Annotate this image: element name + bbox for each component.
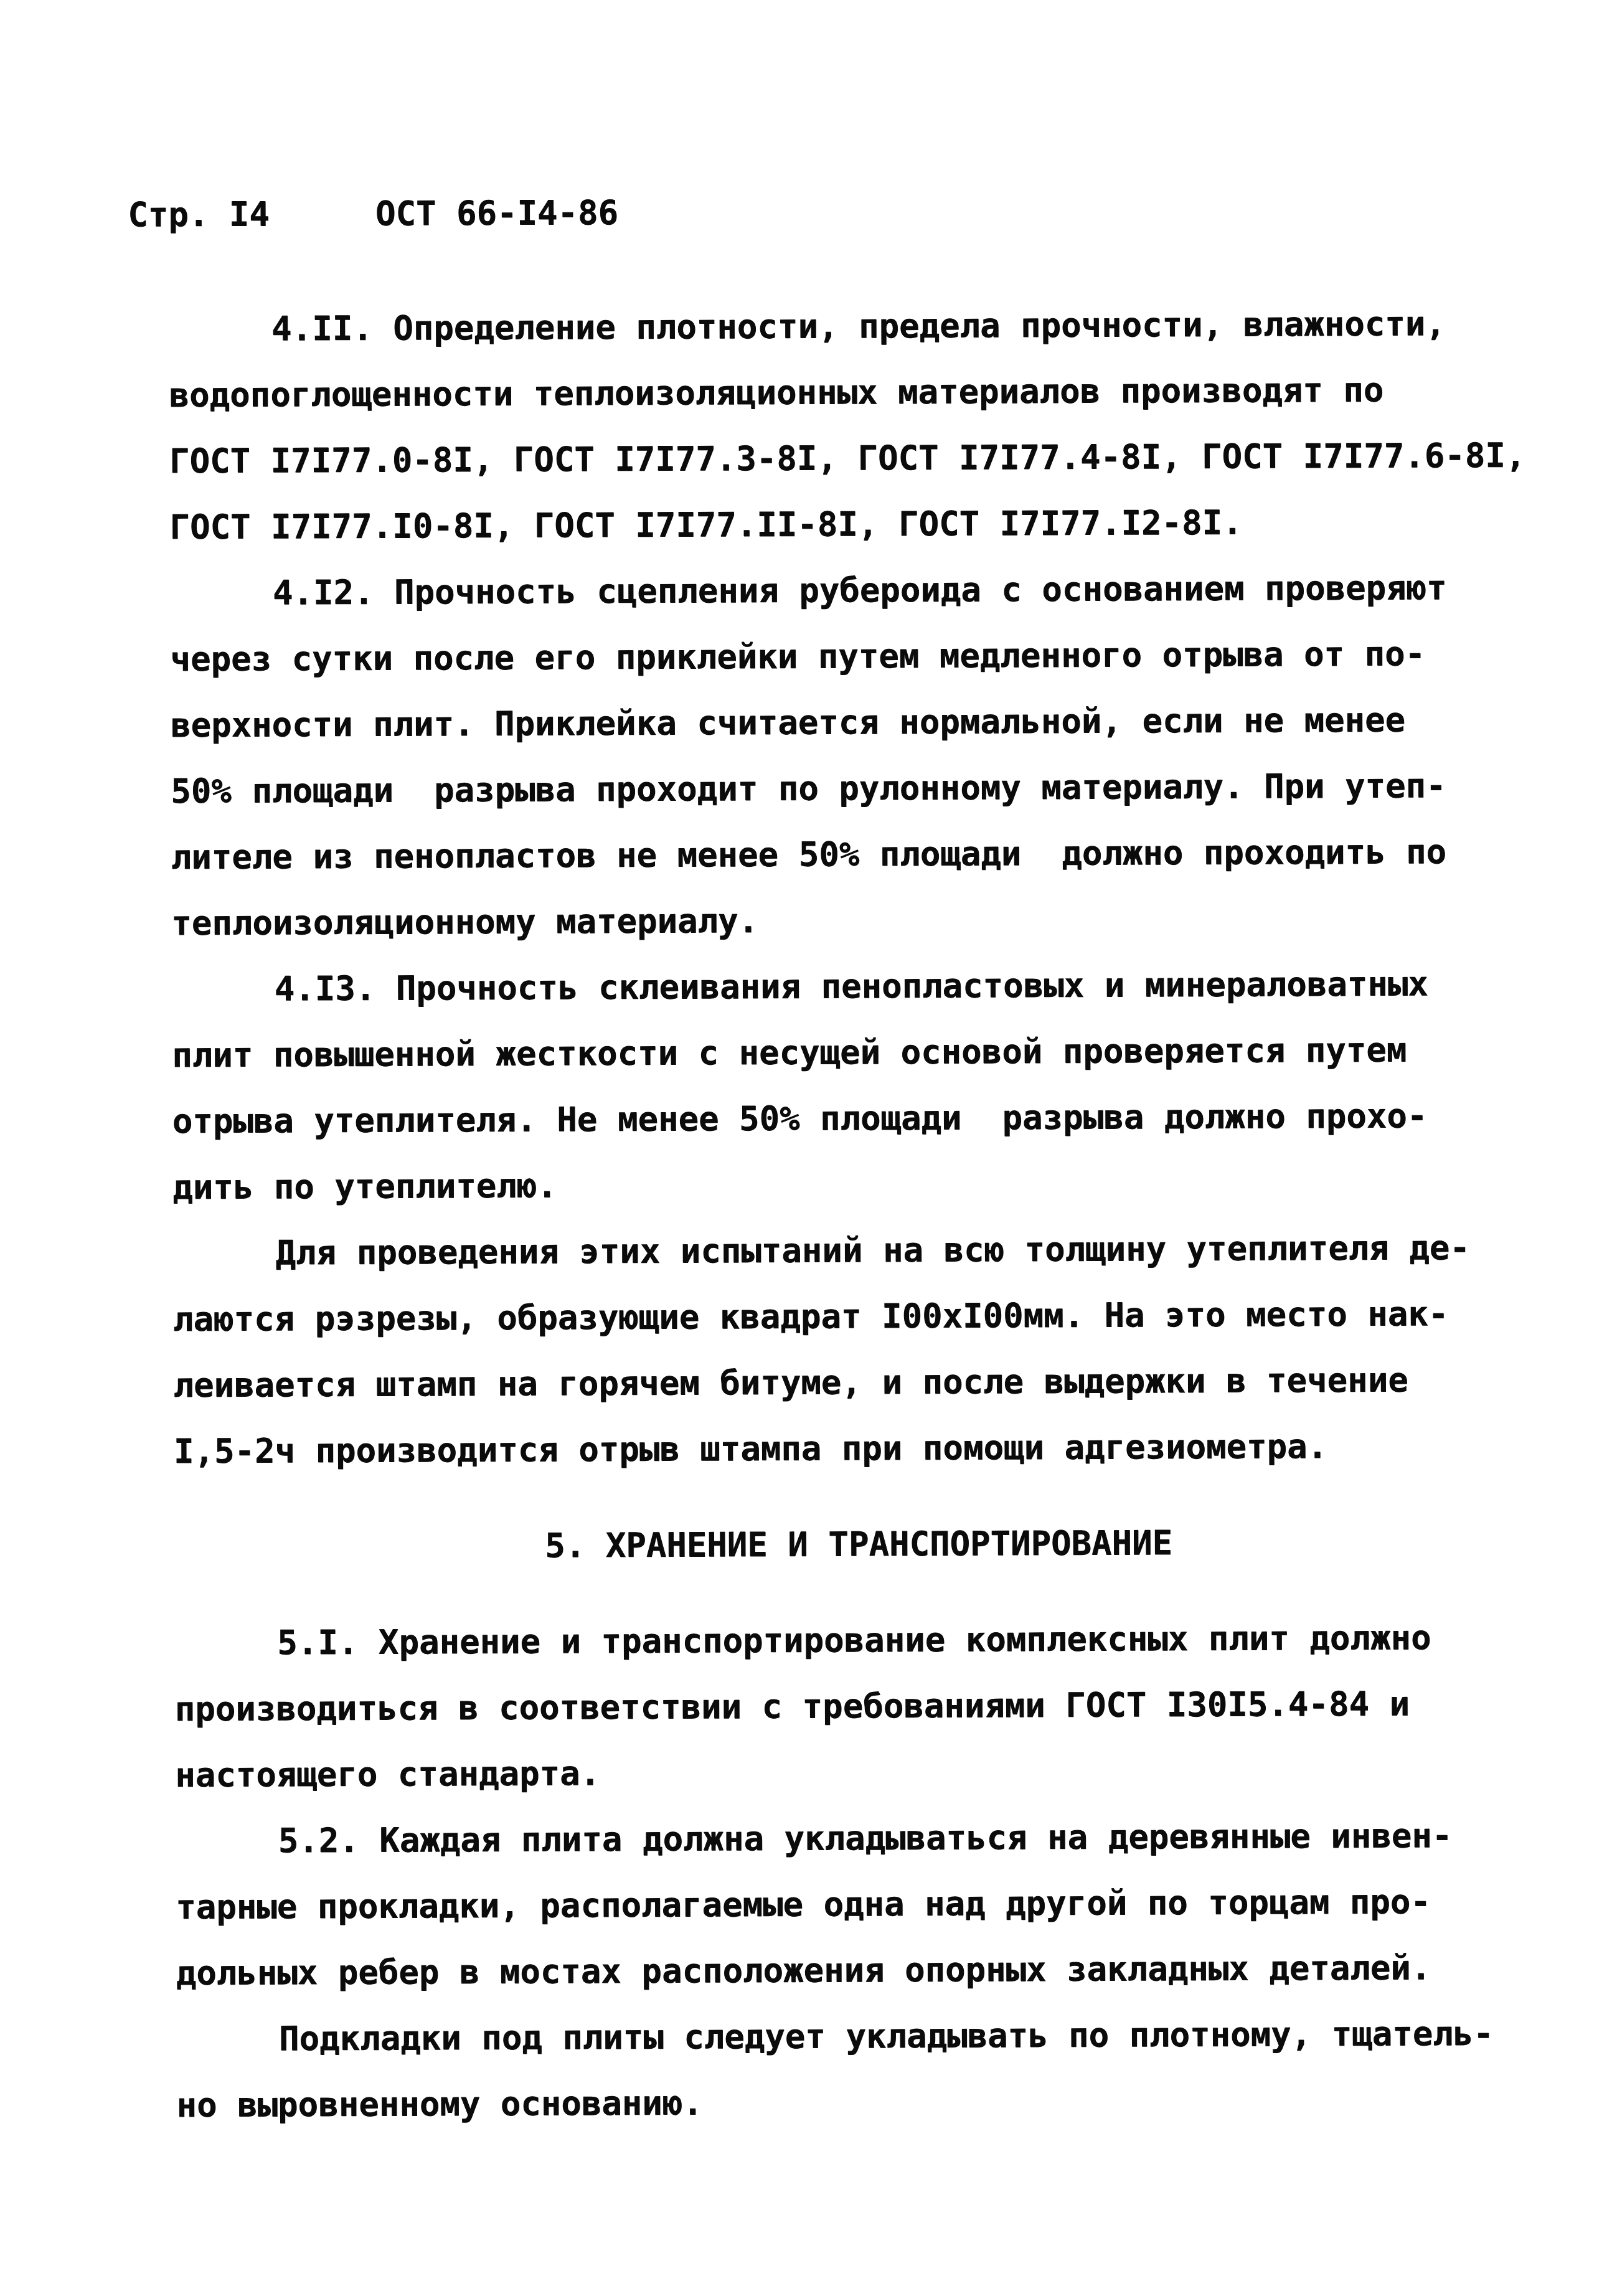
paragraph-pads: Подкладки под плиты следует укладывать п… <box>176 2000 1546 2138</box>
text-line: тарные прокладки, располагаемые одна над… <box>176 1868 1545 1940</box>
text-line: отрыва утеплителя. Не менее 50% площади … <box>172 1082 1541 1155</box>
text-line: дить по утеплителю. <box>172 1148 1542 1221</box>
text-line: через сутки после его приклейки путем ме… <box>170 620 1539 692</box>
text-line: 50% площади разрыва проходит по рулонном… <box>171 752 1540 824</box>
page-number-label: Стр. I4 <box>128 181 270 248</box>
text-line: Для проведения этих испытаний на всю тол… <box>172 1214 1542 1287</box>
page-header: Стр. I4 ОСТ 66-I4-86 <box>128 176 1537 248</box>
text-line: плит повышенной жесткости с несущей осно… <box>172 1016 1541 1089</box>
page-content: Стр. I4 ОСТ 66-I4-86 4.II. Определение п… <box>168 176 1546 2138</box>
standard-number-label: ОСТ 66-I4-86 <box>375 180 619 247</box>
text-line: лителе из пенопластов не менее 50% площа… <box>171 818 1540 891</box>
text-line: теплоизоляционному материалу. <box>171 884 1540 957</box>
text-line: водопоглощенности теплоизоляционных мате… <box>169 356 1538 428</box>
text-line: производиться в соответствии с требовани… <box>174 1670 1544 1742</box>
text-line: I,5-2ч производится отрыв штампа при пом… <box>174 1412 1543 1485</box>
paragraph-5-2: 5.2. Каждая плита должна укладываться на… <box>175 1802 1545 2006</box>
text-line: ГОСТ I7I77.0-8I, ГОСТ I7I77.3-8I, ГОСТ I… <box>169 422 1539 494</box>
section-5-heading: 5. ХРАНЕНИЕ И ТРАНСПОРТИРОВАНИЕ <box>174 1508 1543 1580</box>
text-line: 5.I. Хранение и транспортирование компле… <box>174 1604 1544 1676</box>
text-line: лаются рэзрезы, образующие квадрат I00хI… <box>173 1280 1542 1353</box>
paragraph-4-12: 4.I2. Прочность сцепления рубероида с ос… <box>170 554 1541 957</box>
paragraph-4-13: 4.I3. Прочность склеивания пенопластовых… <box>171 950 1542 1221</box>
text-line: 4.I3. Прочность склеивания пенопластовых… <box>171 950 1540 1023</box>
text-line: настоящего стандарта. <box>175 1736 1544 1808</box>
text-line: 5.2. Каждая плита должна укладываться на… <box>175 1802 1544 1874</box>
text-line: леивается штамп на горячем битуме, и пос… <box>173 1346 1542 1419</box>
scanned-document-page: Стр. I4 ОСТ 66-I4-86 4.II. Определение п… <box>0 0 1612 2296</box>
text-line: ГОСТ I7I77.I0-8I, ГОСТ I7I77.II-8I, ГОСТ… <box>169 488 1539 560</box>
paragraph-4-11: 4.II. Определение плотности, предела про… <box>169 290 1539 560</box>
text-line: дольных ребер в мостах расположения опор… <box>176 1934 1545 2006</box>
text-line: Подкладки под плиты следует укладывать п… <box>176 2000 1545 2072</box>
text-line: 4.II. Определение плотности, предела про… <box>169 290 1538 362</box>
paragraph-5-1: 5.I. Хранение и транспортирование компле… <box>174 1604 1544 1808</box>
text-line: 4.I2. Прочность сцепления рубероида с ос… <box>170 554 1539 626</box>
text-line: верхности плит. Приклейка считается норм… <box>171 686 1540 758</box>
paragraph-adhesion-test: Для проведения этих испытаний на всю тол… <box>172 1214 1543 1485</box>
text-line: но выровненному основанию. <box>176 2066 1545 2138</box>
